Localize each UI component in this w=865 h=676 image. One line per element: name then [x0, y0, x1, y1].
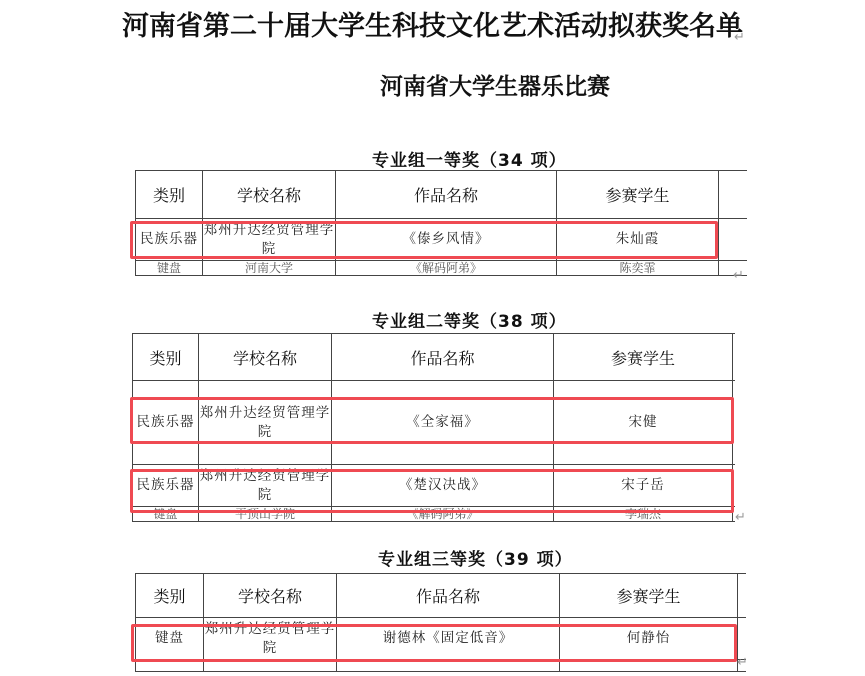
table-row: 民族乐器 郑州升达经贸管理学院 《傣乡风情》 朱灿霞	[136, 219, 747, 261]
table-row: 民族乐器 郑州升达经贸管理学院 《全家福》 宋健	[133, 381, 735, 465]
header-school: 学校名称	[199, 334, 332, 381]
cell-category: 民族乐器	[136, 219, 203, 261]
header-category: 类别	[136, 574, 204, 618]
table-header-row: 类别 学校名称 作品名称 参赛学生	[136, 574, 746, 618]
cell-empty	[337, 660, 560, 672]
cell-work: 谢德林《固定低音》	[337, 618, 560, 660]
section-heading-second-prize: 专业组二等奖（38 项）	[372, 307, 567, 332]
cell-student: 朱灿霞	[557, 219, 719, 261]
clipped-column	[738, 618, 746, 660]
header-student: 参赛学生	[557, 171, 719, 219]
header-student: 参赛学生	[560, 574, 738, 618]
clipped-column	[733, 381, 735, 465]
cell-student: 李瑞杰	[554, 507, 733, 522]
cell-work: 《全家福》	[332, 381, 554, 465]
clipped-column	[738, 574, 746, 618]
cell-category: 民族乐器	[133, 465, 199, 507]
cell-student: 陈奕霏	[557, 261, 719, 276]
cell-work: 《楚汉决战》	[332, 465, 554, 507]
cell-school: 郑州升达经贸管理学院	[203, 219, 336, 261]
paragraph-mark-icon: ↵	[735, 510, 746, 525]
section-heading-third-prize: 专业组三等奖（39 项）	[378, 545, 573, 570]
section-heading-first-prize: 专业组一等奖（34 项）	[372, 146, 567, 171]
cell-work: 《解码阿弟》	[332, 507, 554, 522]
clipped-column	[733, 334, 735, 381]
cell-school: 郑州升达经贸管理学院	[199, 381, 332, 465]
header-category: 类别	[136, 171, 203, 219]
cell-student: 宋子岳	[554, 465, 733, 507]
cell-school: 郑州升达经贸管理学院	[204, 618, 337, 660]
cell-school: 郑州升达经贸管理学院	[199, 465, 332, 507]
cell-student: 何静怡	[560, 618, 738, 660]
table-row-partial	[136, 660, 746, 672]
table-row-partial: 键盘 河南大学 《解码阿弟》 陈奕霏	[136, 261, 747, 276]
table-row: 民族乐器 郑州升达经贸管理学院 《楚汉决战》 宋子岳	[133, 465, 735, 507]
cell-category: 民族乐器	[133, 381, 199, 465]
cell-category: 键盘	[133, 507, 199, 522]
header-student: 参赛学生	[554, 334, 733, 381]
cell-school: 河南大学	[203, 261, 336, 276]
clipped-column	[719, 219, 747, 261]
cell-category: 键盘	[136, 618, 204, 660]
cell-student: 宋健	[554, 381, 733, 465]
paragraph-mark-icon: ↵	[733, 268, 744, 283]
cell-category: 键盘	[136, 261, 203, 276]
table-header-row: 类别 学校名称 作品名称 参赛学生	[133, 334, 735, 381]
table-row: 键盘 郑州升达经贸管理学院 谢德林《固定低音》 何静怡	[136, 618, 746, 660]
header-category: 类别	[133, 334, 199, 381]
header-school: 学校名称	[203, 171, 336, 219]
table-header-row: 类别 学校名称 作品名称 参赛学生	[136, 171, 747, 219]
cell-empty	[136, 660, 204, 672]
document-subtitle: 河南省大学生器乐比赛	[380, 68, 610, 101]
third-prize-table: 类别 学校名称 作品名称 参赛学生 键盘 郑州升达经贸管理学院 谢德林《固定低音…	[135, 573, 746, 672]
cell-empty	[560, 660, 738, 672]
cell-work: 《傣乡风情》	[336, 219, 557, 261]
table-row-partial: 键盘 平顶山学院 《解码阿弟》 李瑞杰	[133, 507, 735, 522]
header-work: 作品名称	[337, 574, 560, 618]
clipped-column	[733, 465, 735, 507]
paragraph-mark-icon: ↵	[737, 655, 748, 670]
header-work: 作品名称	[336, 171, 557, 219]
paragraph-mark-icon: ↵	[734, 30, 745, 45]
cell-empty	[204, 660, 337, 672]
second-prize-table: 类别 学校名称 作品名称 参赛学生 民族乐器 郑州升达经贸管理学院 《全家福》 …	[132, 333, 735, 522]
first-prize-table: 类别 学校名称 作品名称 参赛学生 民族乐器 郑州升达经贸管理学院 《傣乡风情》…	[135, 170, 747, 276]
header-work: 作品名称	[332, 334, 554, 381]
clipped-column	[719, 171, 747, 219]
cell-school: 平顶山学院	[199, 507, 332, 522]
cell-work: 《解码阿弟》	[336, 261, 557, 276]
header-school: 学校名称	[204, 574, 337, 618]
